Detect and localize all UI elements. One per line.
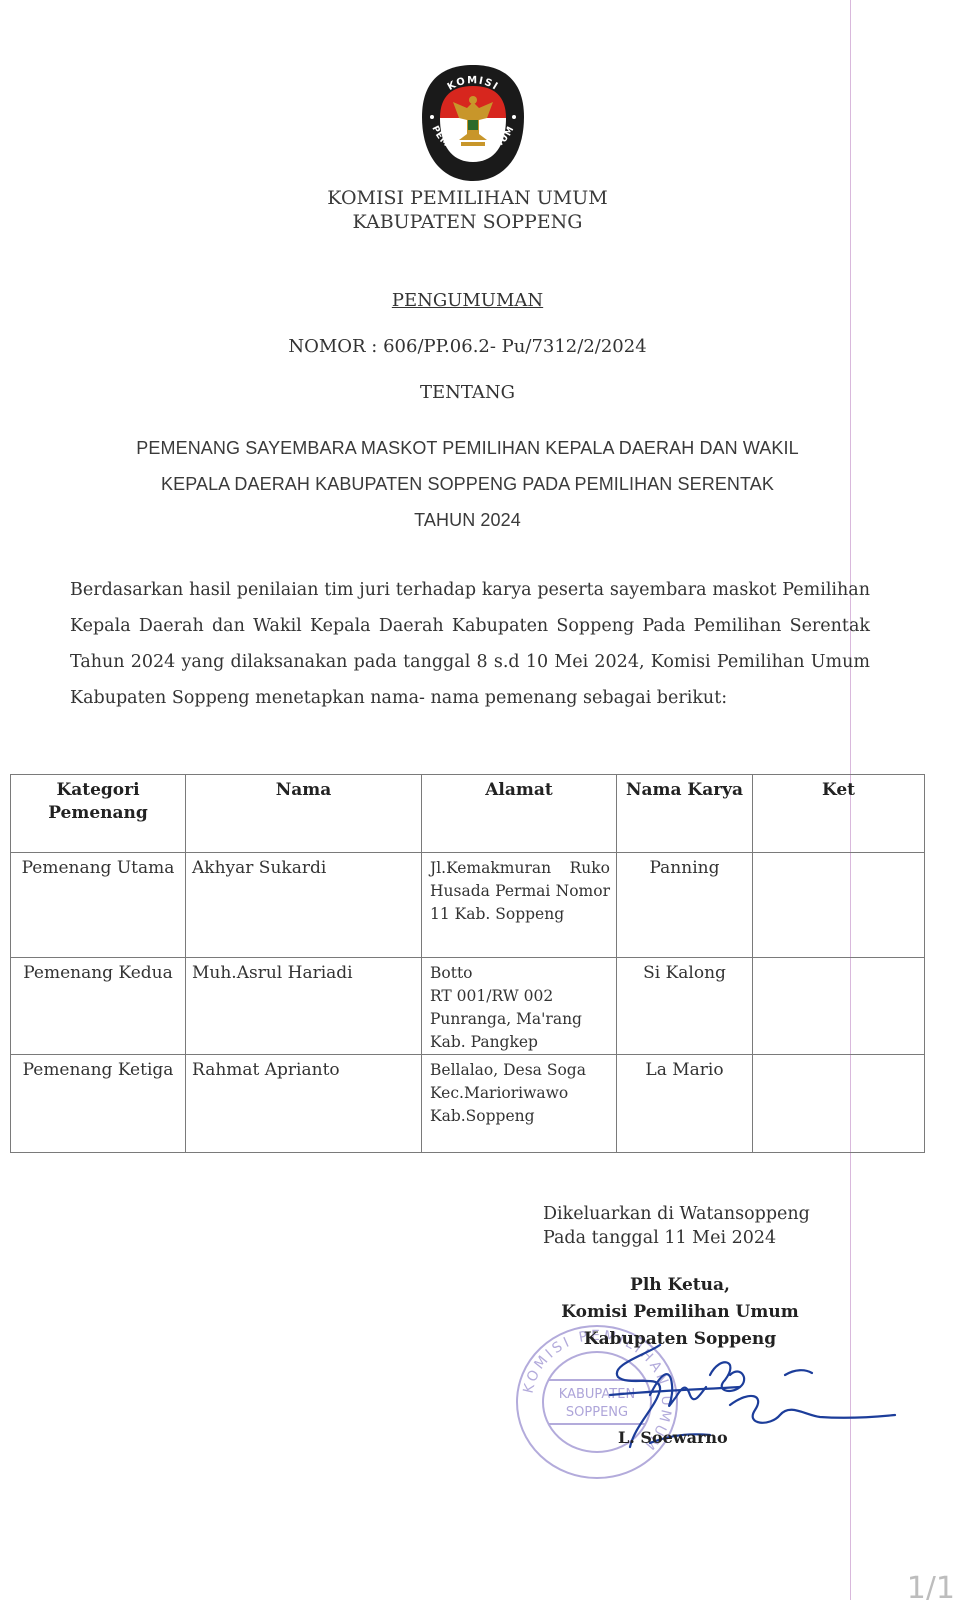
cell-alamat: Bellalao, Desa Soga Kec.Marioriwawo Kab.… — [422, 1055, 617, 1153]
header-nama-karya: Nama Karya — [617, 775, 753, 853]
cell-ket — [753, 958, 925, 1055]
page-indicator: 1/1 — [907, 1571, 955, 1600]
cell-ket — [753, 853, 925, 958]
kpu-emblem-icon: KOMISI PEMILIHAN UMUM — [418, 62, 528, 184]
org-name-line1: KOMISI PEMILIHAN UMUM — [0, 186, 935, 210]
header-alamat: Alamat — [422, 775, 617, 853]
position-line: Plh Ketua, — [520, 1272, 840, 1299]
announcement-title: PENGUMUMAN — [0, 290, 935, 311]
cell-nama: Akhyar Sukardi — [186, 853, 422, 958]
announcement-body: Berdasarkan hasil penilaian tim juri ter… — [70, 572, 870, 716]
announcement-subject: PEMENANG SAYEMBARA MASKOT PEMILIHAN KEPA… — [60, 430, 875, 538]
table-header-row: Kategori Pemenang Nama Alamat Nama Karya… — [11, 775, 925, 853]
position-line: Komisi Pemilihan Umum — [520, 1299, 840, 1326]
cell-nama-karya: La Mario — [617, 1055, 753, 1153]
subject-line: PEMENANG SAYEMBARA MASKOT PEMILIHAN KEPA… — [60, 430, 875, 466]
cell-kategori: Pemenang Kedua — [11, 958, 186, 1055]
table-row: Pemenang Utama Akhyar Sukardi Jl.Kemakmu… — [11, 853, 925, 958]
org-name-line2: KABUPATEN SOPPENG — [0, 210, 935, 234]
header-nama: Nama — [186, 775, 422, 853]
cell-kategori: Pemenang Utama — [11, 853, 186, 958]
issued-on: Pada tanggal 11 Mei 2024 — [543, 1227, 776, 1250]
cell-nama: Muh.Asrul Hariadi — [186, 958, 422, 1055]
cell-nama: Rahmat Aprianto — [186, 1055, 422, 1153]
cell-kategori: Pemenang Ketiga — [11, 1055, 186, 1153]
cell-ket — [753, 1055, 925, 1153]
announcement-title-text: PENGUMUMAN — [392, 290, 543, 311]
winners-table: Kategori Pemenang Nama Alamat Nama Karya… — [10, 774, 925, 1153]
subject-line: TAHUN 2024 — [60, 502, 875, 538]
cell-alamat: Botto RT 001/RW 002 Punranga, Ma'rang Ka… — [422, 958, 617, 1055]
announcement-number: NOMOR : 606/PP.06.2- Pu/7312/2/2024 — [0, 336, 935, 357]
header-kategori: Kategori Pemenang — [11, 775, 186, 853]
cell-nama-karya: Si Kalong — [617, 958, 753, 1055]
cell-alamat: Jl.Kemakmuran Ruko Husada Permai Nomor 1… — [422, 853, 617, 958]
table-row: Pemenang Kedua Muh.Asrul Hariadi Botto R… — [11, 958, 925, 1055]
subject-line: KEPALA DAERAH KABUPATEN SOPPENG PADA PEM… — [60, 466, 875, 502]
table-row: Pemenang Ketiga Rahmat Aprianto Bellalao… — [11, 1055, 925, 1153]
cell-nama-karya: Panning — [617, 853, 753, 958]
signer-name: L. Soewarno — [618, 1428, 728, 1447]
issued-at: Dikeluarkan di Watansoppeng — [543, 1203, 810, 1226]
announcement-about: TENTANG — [0, 382, 935, 403]
header-ket: Ket — [753, 775, 925, 853]
